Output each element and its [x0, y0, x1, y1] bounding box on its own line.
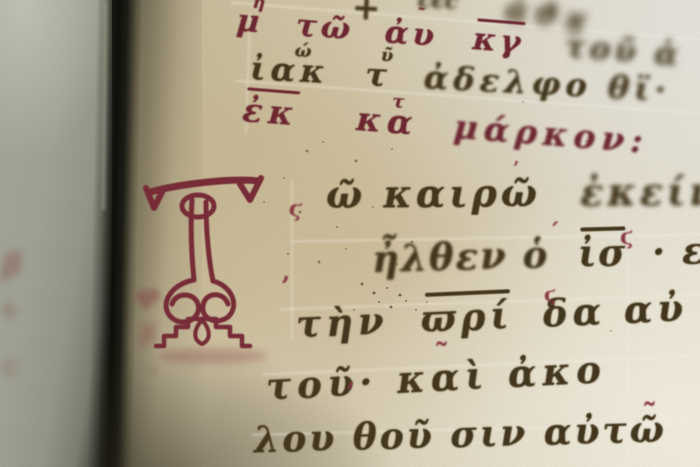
script-text-blurred: ἐκείνω·	[580, 168, 700, 215]
superscript: ώ	[294, 40, 312, 62]
red-accent-mark: ῀	[434, 338, 449, 373]
saint-name-abbr: ἰακώ	[249, 49, 330, 91]
initial-ring	[182, 195, 214, 217]
red-accent-mark: ’	[281, 272, 290, 302]
red-accent-mark: ϛ	[544, 282, 556, 306]
red-ink-smear	[158, 348, 268, 364]
superscript: τ	[391, 91, 405, 113]
body-line-2: ἦλθεν ὁ ἰσ · εἰσ	[371, 227, 700, 281]
script-text-blurred: θϊ·	[607, 68, 672, 109]
facing-page-red-mark: ϟ	[0, 296, 18, 329]
rubric-month-abbr: μη	[235, 3, 264, 41]
abbreviated-word: ϖρί	[419, 293, 514, 341]
ornamental-initial-tau: Τ	[140, 168, 265, 363]
script-text: ῶ καιρῶ	[326, 170, 541, 217]
superscript: ῀	[415, 6, 425, 27]
initial-teardrop	[195, 320, 209, 344]
facing-page-red-mark: ς	[3, 350, 19, 380]
initial-stem-left	[191, 200, 194, 280]
facing-page-red-mark: β	[2, 248, 22, 283]
manuscript-photo: β ϟ ς φ β · + ϲϵϲ ἀϑϗ μη τῶ ἀυ῀ κγ τοῦ ἁ…	[0, 0, 700, 467]
red-accent-mark: ϛ	[620, 224, 633, 250]
initial-knot-right	[203, 281, 234, 321]
knotwork-tau-drawing	[140, 168, 265, 363]
initial-knot-left	[166, 280, 199, 322]
superscript: ῦ	[380, 45, 393, 67]
red-accent-mark: ’	[513, 158, 519, 179]
script-text: ἰακ	[249, 49, 330, 91]
script-text: ἦλθεν ὁ	[371, 232, 549, 281]
superscript: η	[252, 0, 266, 14]
kata-abbr: κατ	[355, 99, 420, 143]
script-text: · εἰσ	[652, 227, 700, 274]
red-accent-mark: ´	[548, 218, 560, 247]
article-abbr: τῦ	[364, 55, 392, 94]
red-accent-mark: ῀	[642, 398, 657, 433]
script-text: τὴν	[295, 299, 389, 347]
red-accent-mark: ’	[346, 378, 355, 408]
rubric-text: κα	[355, 99, 420, 143]
rubric-day-number: κγ	[471, 21, 525, 61]
script-text: δα αὐ	[542, 285, 689, 335]
parchment-speckles	[0, 0, 2, 2]
rubric-text: ἐκ	[241, 90, 301, 133]
